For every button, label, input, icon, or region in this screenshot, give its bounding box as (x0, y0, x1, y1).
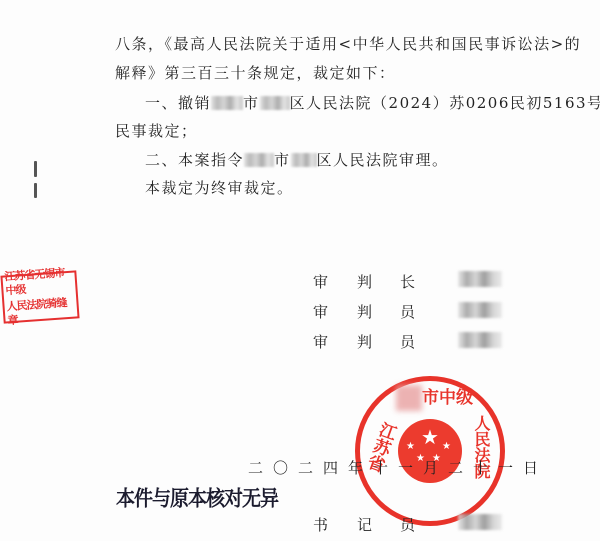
redacted-name (458, 514, 502, 530)
court-seal: ★ ★ ★ ★ ★ 江苏省 市中级 人民法院 (355, 376, 505, 526)
final-ruling: 本裁定为终审裁定。 (145, 179, 294, 197)
sig-char: 判 (357, 301, 372, 322)
item1-suffix: 区人民法院（2024）苏0206民初5163号 (290, 94, 600, 112)
item2-suffix: 区人民法院审理。 (317, 151, 449, 169)
side-seal-row-1: 江苏省无锡市中级 (4, 266, 74, 299)
star-icon: ★ (421, 425, 439, 449)
star-icon: ★ (406, 441, 415, 452)
paragraph-line-2: 解释》第三百三十条规定，裁定如下： (115, 64, 396, 82)
sig-char: 审 (313, 301, 328, 322)
side-seal-row-2: 人民法院骑缝章 (6, 296, 76, 329)
ruling-item-1-cont: 民事裁定； (115, 122, 198, 140)
ruling-item-2: 二、本案指令市区人民法院审理。 (145, 151, 449, 169)
sig-char: 判 (357, 331, 372, 352)
sig-char: 员 (400, 331, 415, 352)
clerk-char: 记 (357, 514, 372, 535)
redacted-district (260, 96, 290, 110)
paragraph-line-1: 八条，《最高人民法院关于适用<中华人民共和国民事诉讼法>的 (115, 35, 581, 53)
redacted-district (291, 153, 317, 167)
sig-char: 长 (400, 271, 415, 292)
item1-prefix: 一、撤销 (145, 94, 211, 112)
margin-mark (34, 183, 37, 198)
ruling-date: 二〇二四年十一月二十一日 (248, 457, 548, 478)
redacted-city (396, 385, 422, 411)
redacted-city (244, 153, 274, 167)
clerk-char: 书 (313, 514, 328, 535)
redacted-city (211, 96, 243, 110)
sig-char: 员 (400, 301, 415, 322)
margin-mark (34, 161, 37, 177)
seal-text-top: 市中级 (422, 383, 473, 408)
sig-char: 审 (313, 331, 328, 352)
sig-char: 判 (357, 271, 372, 292)
side-seal-stamp: 江苏省无锡市中级 人民法院骑缝章 (0, 270, 79, 323)
clerk-char: 员 (400, 514, 415, 535)
sig-char: 审 (313, 271, 328, 292)
item2-city: 市 (274, 151, 291, 169)
verification-stamp: 本件与原本核对无异 (116, 483, 278, 513)
star-icon: ★ (442, 441, 451, 452)
ruling-item-1: 一、撤销市区人民法院（2024）苏0206民初5163号 (145, 94, 600, 112)
redacted-name (458, 332, 502, 348)
redacted-name (458, 302, 502, 318)
item2-prefix: 二、本案指令 (145, 151, 244, 169)
item1-city: 市 (243, 94, 260, 112)
redacted-name (458, 271, 502, 287)
